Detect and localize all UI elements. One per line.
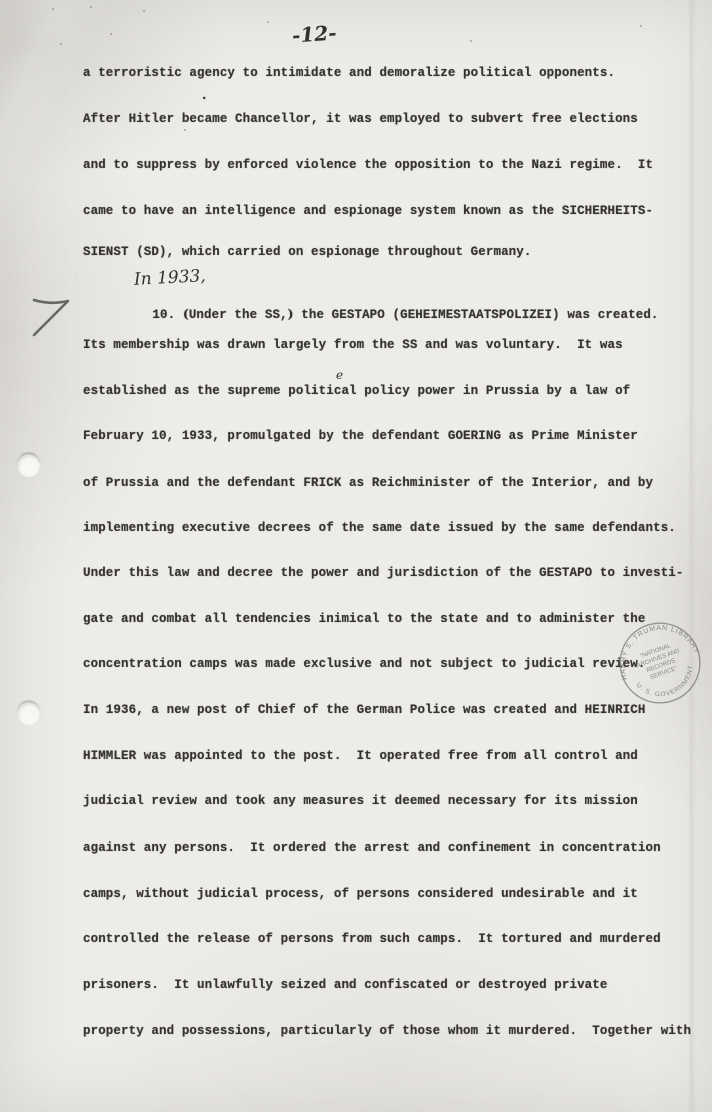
handwritten-page-number: -12- [291,20,337,47]
paper-speckle [60,43,62,45]
paper-speckle [640,25,642,27]
typed-line: In 1936, a new post of Chief of the Germ… [83,703,646,717]
paper-speckle [143,10,145,12]
paragraph-number: 10. [152,308,182,322]
typed-line: Its membership was drawn largely from th… [83,338,623,352]
handwritten-letter-correction: e [336,368,343,382]
typed-line: a terroristic agency to intimidate and d… [83,66,615,80]
typed-line: SIENST (SD), which carried on espionage … [83,245,531,259]
paragraph-10-rest: the GESTAPO (GEHEIMESTAATSPOLIZEI) was c… [294,308,659,322]
hole-punch [17,454,40,477]
paper-speckle [470,40,472,42]
inserted-phrase: Under the SS, [189,308,288,322]
handwritten-date-insertion: In 1933, [134,266,207,290]
typed-line: prisoners. It unlawfully seized and conf… [83,978,607,992]
typed-line: of Prussia and the defendant FRICK as Re… [83,476,653,490]
margin-check-mark-icon [28,288,76,342]
stray-period-mark: . [200,88,209,104]
typed-line: gate and combat all tendencies inimical … [83,612,646,626]
typed-line: came to have an intelligence and espiona… [83,204,653,218]
typed-line: established as the supreme political pol… [83,384,630,398]
paper-speckle [90,6,92,8]
hole-punch [17,702,40,725]
scanned-document-page: -12- a terroristic agency to intimidate … [0,0,712,1112]
typed-line: implementing executive decrees of the sa… [83,521,676,535]
typed-line-paragraph-10: 10. (Under the SS,) the GESTAPO (GEHEIME… [122,292,659,336]
typed-line: concentration camps was made exclusive a… [83,657,646,671]
typed-line: controlled the release of persons from s… [83,932,661,946]
typed-line: Under this law and decree the power and … [83,566,684,580]
typed-line: camps, without judicial process, of pers… [83,887,638,901]
typed-line: and to suppress by enforced violence the… [83,158,653,172]
paper-speckle [52,8,54,10]
typed-line: February 10, 1933, promulgated by the de… [83,429,638,443]
typed-line: property and possessions, particularly o… [83,1024,691,1038]
typed-line: against any persons. It ordered the arre… [83,841,661,855]
paper-speckle [184,129,186,131]
typed-line: judicial review and took any measures it… [83,794,638,808]
paper-speckle [110,33,112,35]
typed-line: HIMMLER was appointed to the post. It op… [83,749,638,763]
typed-line: After Hitler became Chancellor, it was e… [83,112,638,126]
paper-speckle [267,21,269,23]
